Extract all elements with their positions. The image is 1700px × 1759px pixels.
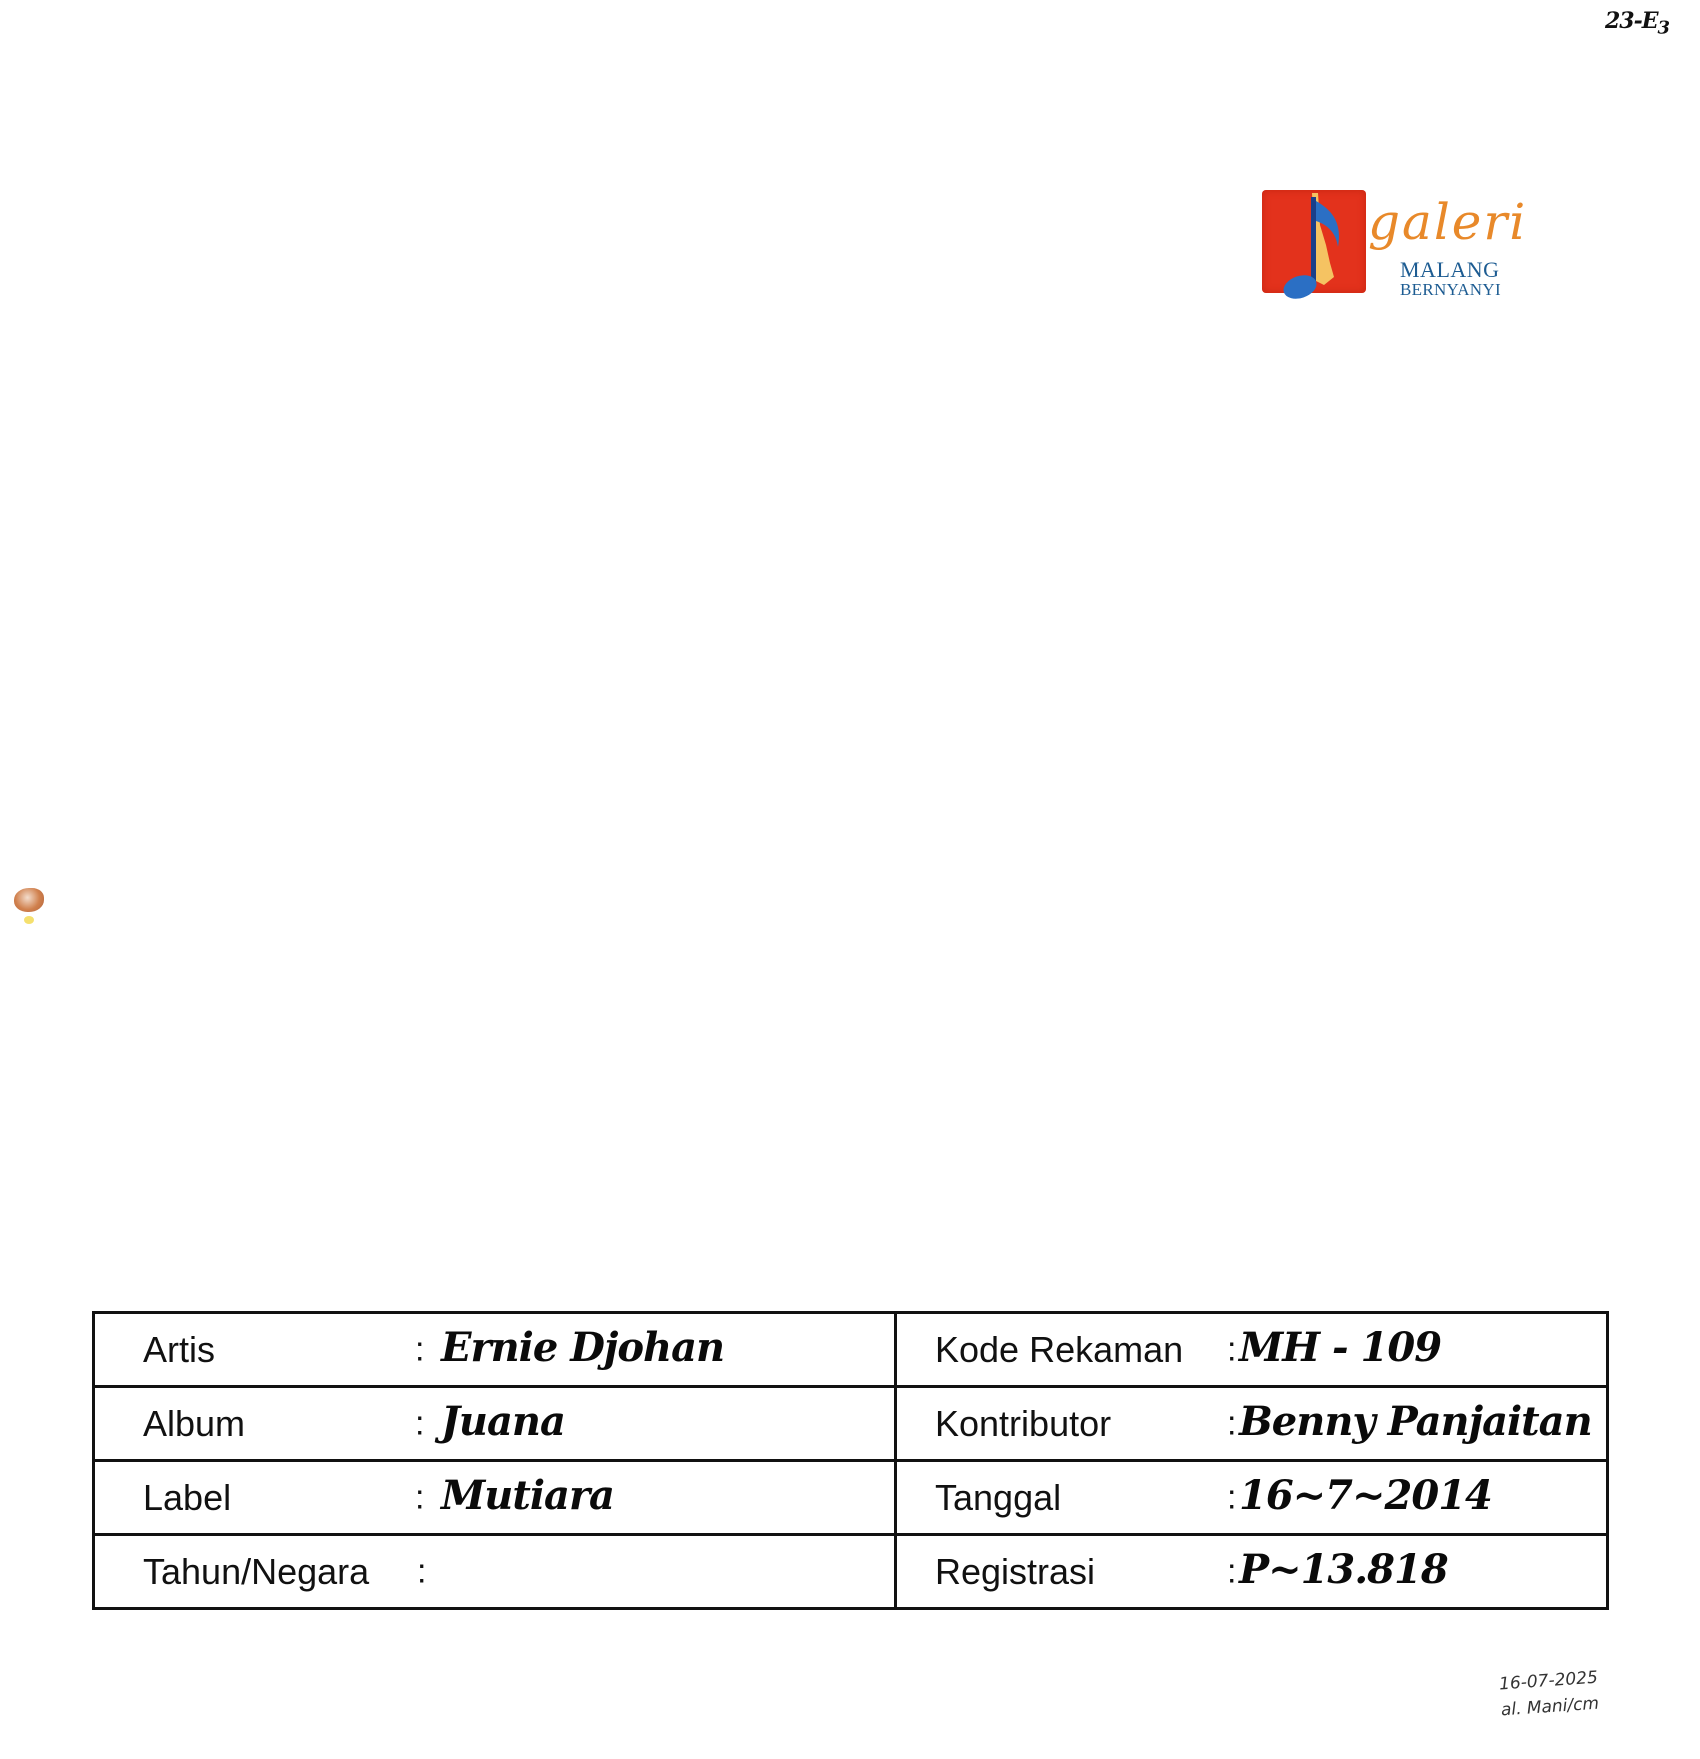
field-value: P~13.818 [1239,1546,1448,1593]
corner-note-sub: 3 [1658,17,1670,38]
field-colon: : [1227,1330,1236,1369]
logo-title: galeri [1368,193,1527,251]
table-row: Album : Juana Kontributor : Benny Panjai… [94,1387,1608,1461]
field-value: Benny Panjaitan [1239,1398,1592,1445]
field-label: Kode Rekaman [935,1329,1183,1371]
table-row: Label : Mutiara Tanggal : 16~7~2014 [94,1461,1608,1535]
field-colon: : [415,1478,424,1517]
field-colon: : [415,1404,424,1443]
field-kontributor: Kontributor : Benny Panjaitan [896,1387,1608,1461]
music-note-icon [1272,185,1362,305]
field-album: Album : Juana [94,1387,896,1461]
record-info-table: Artis : Ernie Djohan Kode Rekaman : MH -… [92,1311,1609,1610]
field-artis: Artis : Ernie Djohan [94,1313,896,1387]
corner-note-main: 23-E [1605,8,1658,34]
field-colon: : [1227,1404,1236,1443]
field-label: Artis [143,1329,215,1371]
field-colon: : [1227,1478,1236,1517]
field-label: Tanggal [935,1477,1061,1519]
field-colon: : [1227,1552,1236,1591]
field-kode-rekaman: Kode Rekaman : MH - 109 [896,1313,1608,1387]
field-value: Ernie Djohan [441,1324,724,1371]
field-tahun-negara: Tahun/Negara : [94,1535,896,1609]
field-value: Juana [441,1398,565,1445]
paper-stain [14,888,44,912]
field-colon: : [417,1552,426,1591]
field-value: 16~7~2014 [1239,1472,1492,1519]
logo-subtitle-bernyanyi: BERNYANYI [1400,280,1501,300]
galeri-malang-bernyanyi-logo: galeri MALANG BERNYANYI [1258,185,1548,305]
field-value: Mutiara [441,1472,614,1519]
field-registrasi: Registrasi : P~13.818 [896,1535,1608,1609]
field-label-company: Label : Mutiara [94,1461,896,1535]
field-label: Registrasi [935,1551,1095,1593]
archive-note-initials: al. Mani/cm [1500,1691,1600,1724]
paper-stain-small [24,916,34,924]
table-row: Artis : Ernie Djohan Kode Rekaman : MH -… [94,1313,1608,1387]
table-row: Tahun/Negara : Registrasi : P~13.818 [94,1535,1608,1609]
archive-handwritten-note: 16-07-2025 al. Mani/cm [1498,1665,1600,1724]
field-label: Album [143,1403,245,1445]
field-tanggal: Tanggal : 16~7~2014 [896,1461,1608,1535]
field-label: Tahun/Negara [143,1551,369,1593]
field-label: Kontributor [935,1403,1111,1445]
corner-catalog-note: 23-E3 [1605,8,1669,38]
field-label: Label [143,1477,231,1519]
field-value: MH - 109 [1239,1324,1441,1371]
field-colon: : [415,1330,424,1369]
